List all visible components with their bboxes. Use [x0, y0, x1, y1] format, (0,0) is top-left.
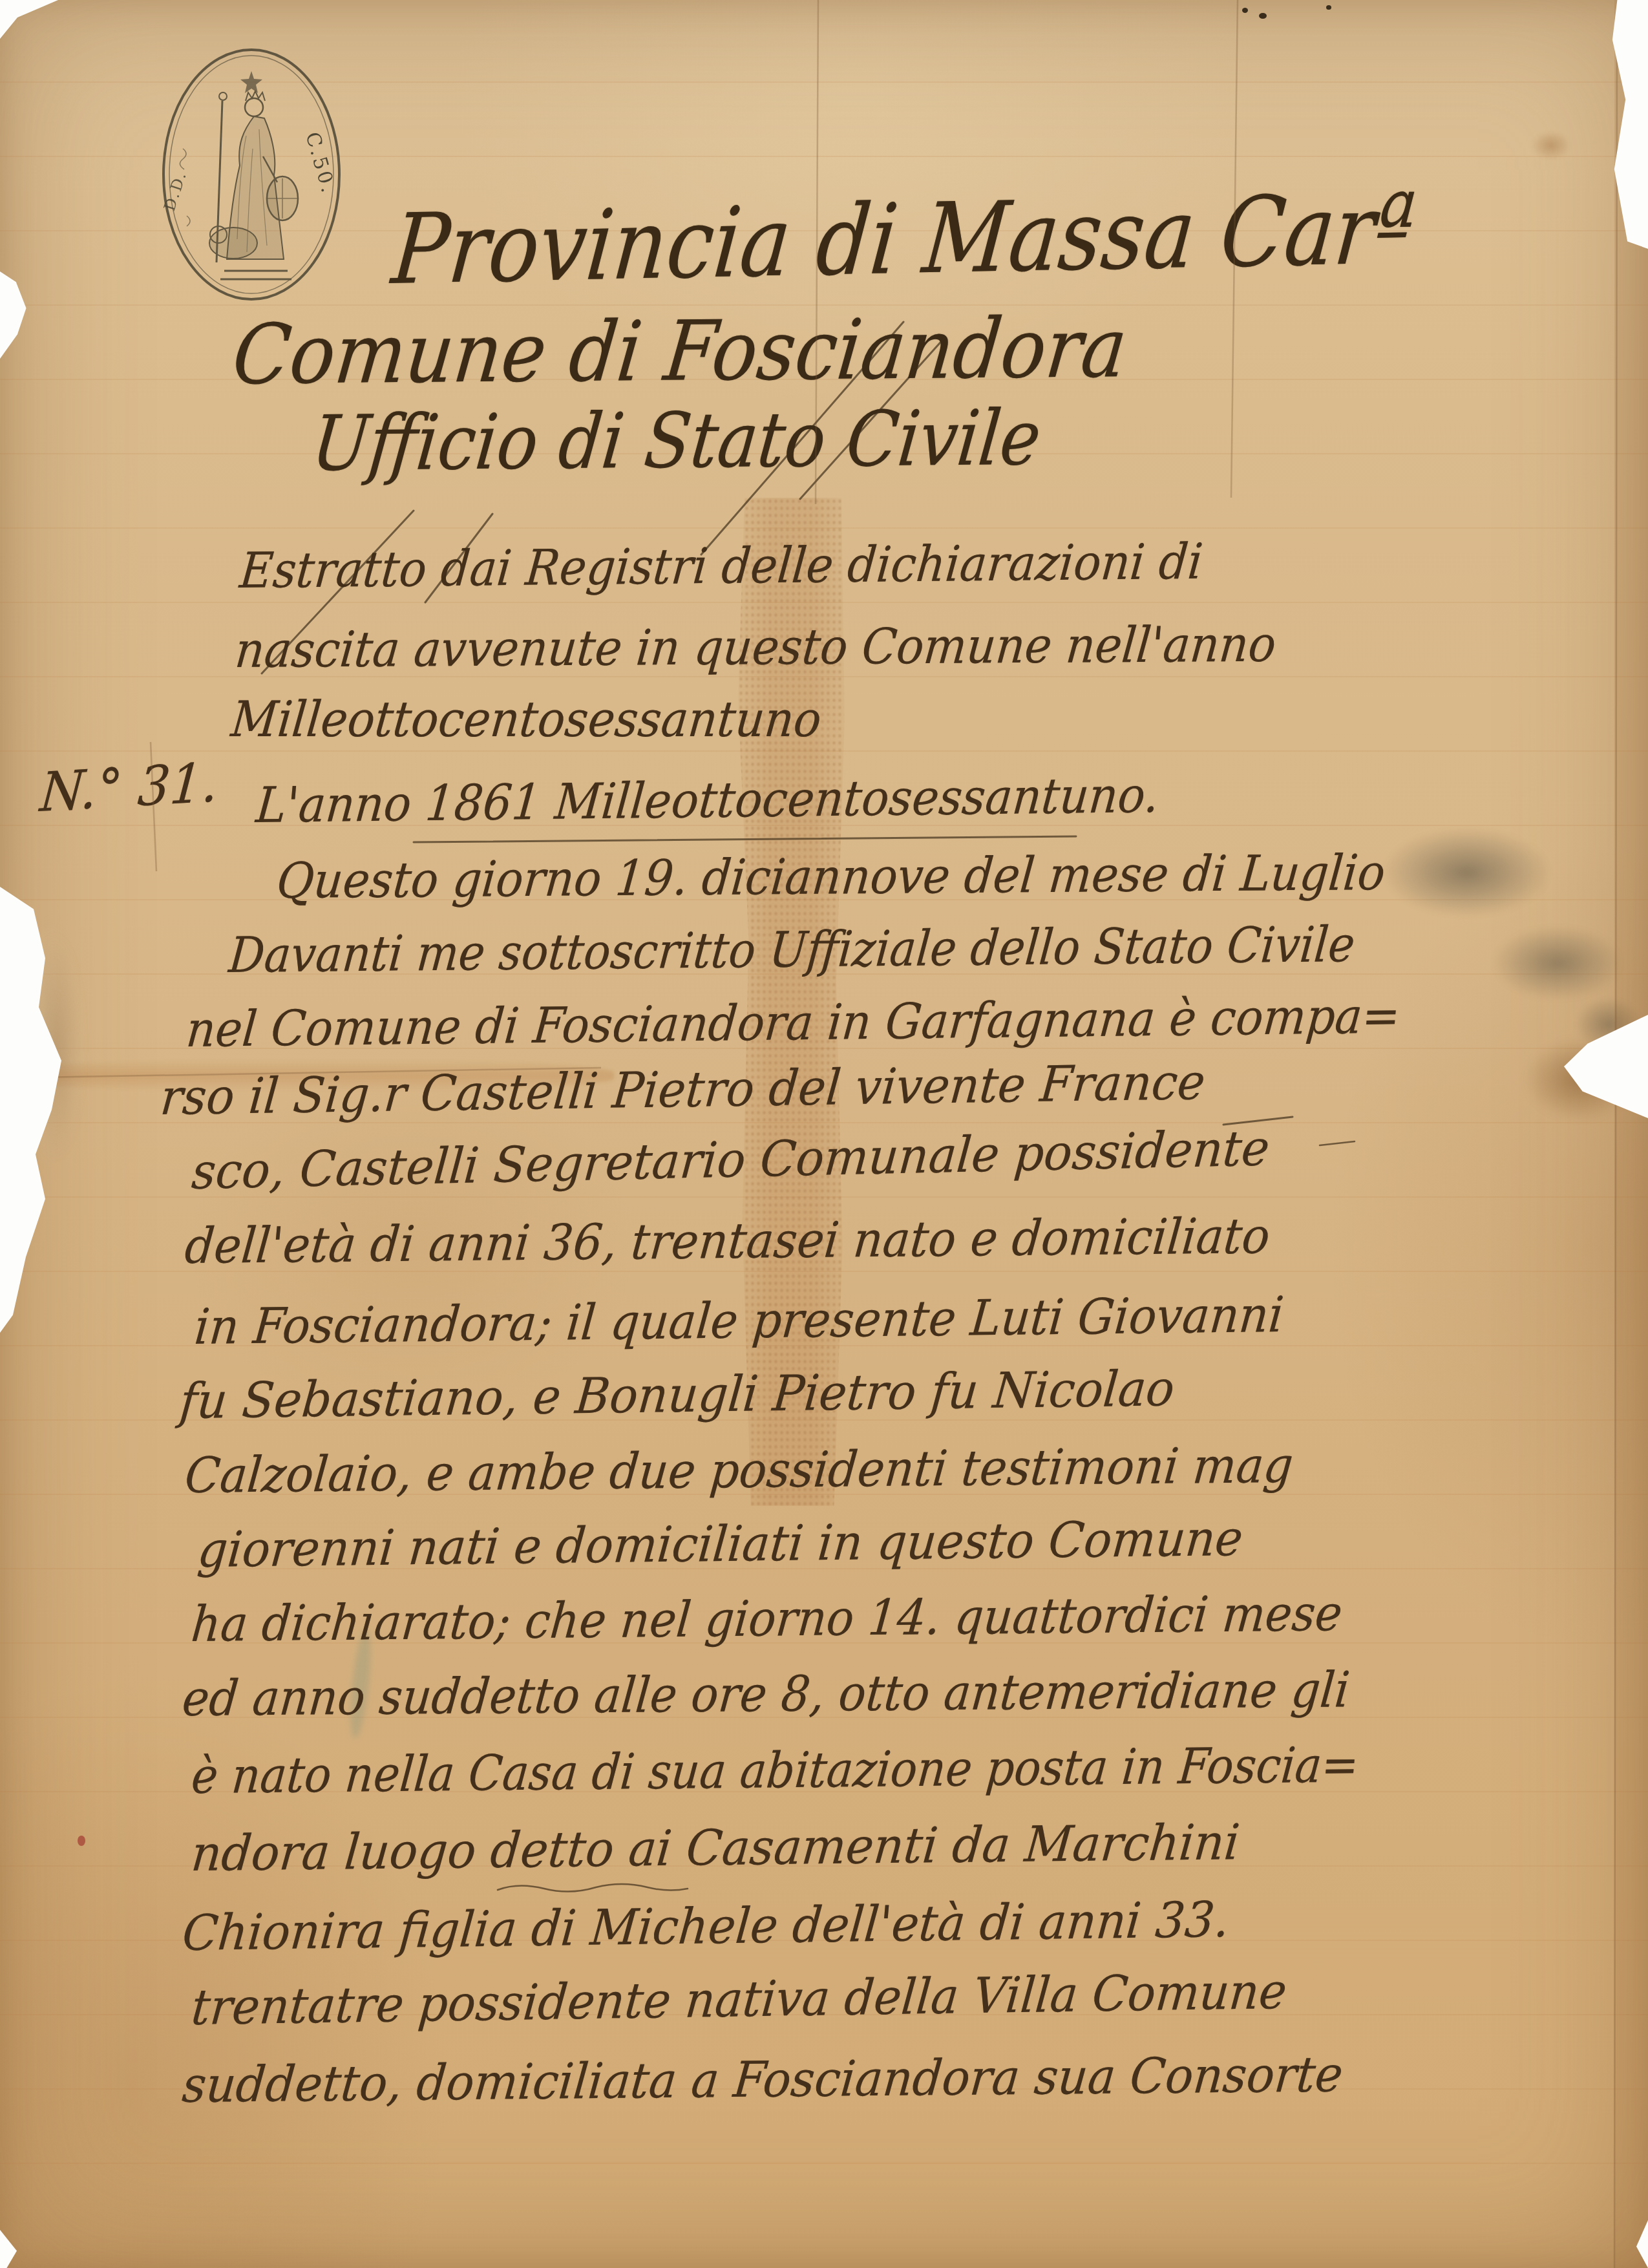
- body-line-16: Chionira figlia di Michele dell'età di a…: [180, 1895, 1231, 1958]
- intro-line-3: Milleottocentosessantuno: [229, 695, 824, 744]
- fold-shading: [1614, 0, 1648, 2268]
- body-line-15: ndora luogo detto ai Casamenti da Marchi…: [189, 1818, 1241, 1878]
- body-line-1: L'anno 1861 Milleottocentosessantuno.: [254, 770, 1161, 830]
- ink-speck: [1259, 13, 1267, 19]
- province-header: Provincia di Massa Carª: [388, 181, 1419, 299]
- body-line-4: nel Comune di Fosciandora in Garfagnana …: [184, 991, 1402, 1054]
- ink-speck: [1326, 5, 1331, 10]
- body-line-10: Calzolaio, e ambe due possidenti testimo…: [183, 1441, 1295, 1500]
- ink-speck: [1242, 8, 1248, 13]
- scanned-document-page: C.50. D.D. Provincia di Massa Carª Comun…: [0, 0, 1648, 2268]
- intro-line-2: nascita avvenute in questo Comune nell'a…: [233, 620, 1278, 675]
- body-line-2: Questo giorno 19. diciannove del mese di…: [275, 848, 1387, 906]
- comune-header: Comune di Fosciandora: [229, 307, 1131, 397]
- intro-line-1: Estratto dai Registri delle dichiarazion…: [238, 537, 1205, 595]
- body-line-9: fu Sebastiano, e Bonugli Pietro fu Nicol…: [178, 1364, 1176, 1426]
- office-header: Ufficio di Stato Civile: [309, 399, 1044, 482]
- body-line-11: giorenni nati e domiciliati in questo Co…: [196, 1514, 1245, 1574]
- star-icon: [240, 71, 262, 93]
- body-line-18: suddetto, domiciliata a Fosciandora sua …: [180, 2050, 1345, 2110]
- body-line-14: è nato nella Casa di sua abitazione post…: [189, 1741, 1360, 1801]
- body-line-13: ed anno suddetto alle ore 8, otto anteme…: [180, 1665, 1351, 1723]
- record-number: N.° 31.: [38, 755, 220, 819]
- revenue-stamp-seal: C.50. D.D.: [157, 45, 346, 305]
- body-line-12: ha dichiarato; che nel giorno 14. quatto…: [189, 1589, 1344, 1649]
- body-line-5: rso il Sig.r Castelli Pietro del vivente…: [158, 1057, 1207, 1122]
- body-line-7: dell'età di anni 36, trentasei nato e do…: [183, 1211, 1272, 1271]
- body-line-3: Davanti me sottoscritto Uffiziale dello …: [227, 920, 1357, 980]
- stamp-denomination: C.50.: [301, 130, 340, 198]
- body-line-8: in Fosciandora; il quale presente Luti G…: [193, 1290, 1285, 1351]
